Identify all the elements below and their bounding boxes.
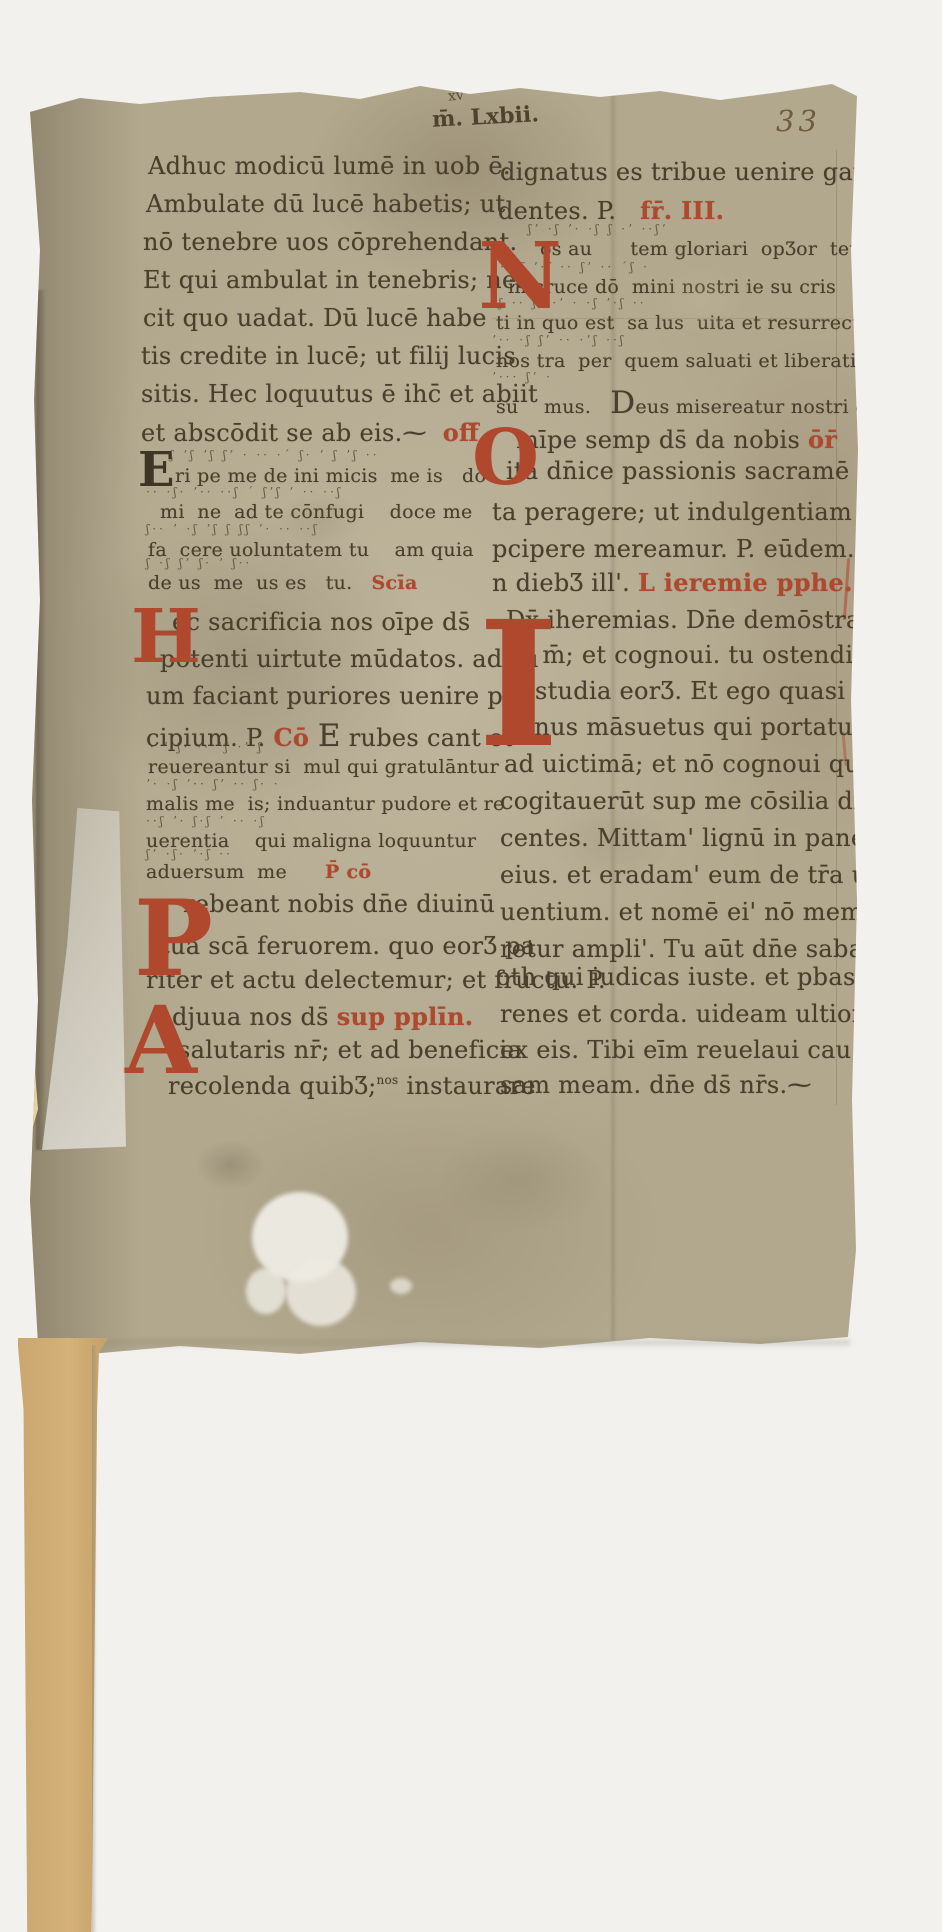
previous-leaf-edge-fragment: dic <box>2 782 28 802</box>
body-text: D <box>610 385 635 421</box>
body-text: Dx̄ iheremias. Dn̄e demōstra <box>506 606 861 634</box>
body-text: ita dn̄ice passionis sacramē <box>506 457 849 485</box>
neume-row: ··ʃ ʼ· ʃ·ʃ ʼ ·· ·ʃ <box>146 814 266 828</box>
manuscript-text-line: tis credite in lucē; ut filij lucis <box>141 342 516 370</box>
previous-leaf-edge-fragment: m <box>2 500 18 520</box>
manuscript-text-line: mi ne ad te cōnfugi doce me <box>160 501 473 523</box>
previous-leaf-edge-fragment: nc <box>2 1082 22 1102</box>
body-text: nō tenebre uos cōprehendant. <box>143 228 517 256</box>
body-text: Et qui ambulat in tenebris; nes <box>143 266 529 294</box>
manuscript-text-line: um faciant puriores uenire prī <box>146 682 523 710</box>
manuscript-text-line: ad uictimā; et nō cognoui quia <box>504 750 883 778</box>
body-text: oth qui iudicas iuste. et pbas <box>496 963 856 991</box>
body-text: malis me is; induantur pudore et re <box>146 793 505 815</box>
manuscript-text-line: su mus. Deus misereatur nostri et b̄ <box>496 385 894 421</box>
body-text: pcipere mereamur. P. eūdem. <box>492 535 855 563</box>
body-text: centes. Mittam' lignū in pane <box>500 824 865 852</box>
manuscript-leaf: xv m̄. Lxbii. 33 Adhuc modicū lumē in uo… <box>0 0 942 1932</box>
mounting-paper-fragment <box>0 1062 38 1148</box>
previous-leaf-edge-fragment: u <box>2 440 13 460</box>
manuscript-text-line: cogitauerūt sup me cōsilia di <box>500 787 861 815</box>
body-text: sitis. Hec loquutus ē ihc̄ et abiit <box>141 380 538 408</box>
body-text: cogitauerūt sup me cōsilia di <box>500 787 861 815</box>
neume-row: ʃ·· ʼ ·ʃ ʼʃ ʃ ʃʃ ʼ· ·· ··ʃ <box>146 522 319 536</box>
body-text: dignatus es tribue uenire gau <box>500 158 869 186</box>
neume-row: ʼ· ·ʃ ʼ·· ʃʼ ·· ʃ· · <box>146 777 281 791</box>
manuscript-text-line: sitis. Hec loquutus ē ihc̄ et abiit <box>141 380 538 408</box>
body-text: tis credite in lucē; ut filij lucis <box>141 342 516 370</box>
manuscript-text-line: eius. et eradam' eum de tr̄a ui <box>500 861 875 889</box>
body-text: um faciant puriores uenire prī <box>146 682 523 710</box>
body-text: salutaris nr̄; et ad beneficia <box>178 1036 522 1064</box>
manuscript-text-line: nos tra per quem saluati et liberati <box>496 350 856 372</box>
previous-leaf-edge-fragment: Ʒ <box>2 526 12 546</box>
body-text: eus misereatur nostri et b̄ <box>635 396 893 418</box>
body-text: mīpe semp ds̄ da nobis <box>516 426 808 454</box>
manuscript-text-line: reuereantur si mul qui gratulāntur <box>148 756 499 778</box>
body-text: recolenda quibƷ; <box>168 1072 377 1100</box>
manuscript-text-line: ita dn̄ice passionis sacramē <box>506 457 849 485</box>
body-text: os au tem gloriari opƷor tet <box>540 238 857 260</box>
previous-leaf-edge-fragment: u- <box>2 702 19 722</box>
body-text: rebeant nobis dn̄e diuinū <box>183 890 495 918</box>
illuminated-initial: I <box>478 598 559 771</box>
manuscript-text-line: salutaris nr̄; et ad beneficia <box>178 1036 522 1064</box>
quire-inscription: m̄. Lxbii. <box>431 101 539 133</box>
body-text: Adhuc modicū lumē in uob ē. <box>148 152 511 180</box>
body-text: et abscōdit se ab eis.⁓ <box>141 419 443 447</box>
manuscript-text-line: ec sacrificia nos oīpe ds̄ <box>172 608 470 636</box>
neume-row: ʃ ·ʃ ʃʼ ʃ· ʼ ʃ·· <box>146 556 252 570</box>
folio-number: 33 <box>776 104 821 138</box>
damage-patch <box>390 1278 412 1294</box>
rubric-text: ōr̄ <box>808 425 837 454</box>
illuminated-initial: O <box>472 420 539 497</box>
previous-leaf-edge-fragment: u <box>2 340 13 360</box>
body-text: mi ne ad te cōnfugi doce me <box>160 501 473 523</box>
body-text: uentium. et nomē ei' nō memo <box>500 898 878 926</box>
body-text: ta peragere; ut indulgentiam <box>492 498 852 526</box>
neume-row: ʼ··· ʃʼ · <box>492 370 553 384</box>
body-text: cit quo uadat. Dū lucē habe <box>143 304 487 332</box>
manuscript-text-line: nō tenebre uos cōprehendant. <box>143 228 517 256</box>
body-text: ec sacrificia nos oīpe ds̄ <box>172 608 470 636</box>
repair-tape <box>42 808 126 1150</box>
quire-inscription-small: xv <box>447 87 464 105</box>
neume-row: ·· ·ʃ· ʼ·· ··ʃ ´ ʃʼʃ ʼ ·· ··ʃ <box>146 485 343 499</box>
neume-row: ʼ·· ·ʃ ʃʼ ·· ·ʼʃ ··ʃ <box>492 333 626 347</box>
manuscript-text-line: centes. Mittam' lignū in pane <box>500 824 865 852</box>
manuscript-text-line: os au tem gloriari opƷor tet <box>540 238 857 260</box>
body-text: E <box>318 718 341 754</box>
manuscript-text-line: sam meam. dn̄e ds̄ nr̄s.⁓ <box>500 1071 812 1099</box>
leaf-shadow <box>40 1340 850 1348</box>
neume-row: ʃ ʼʃ ʼʃ ʃʼ · ·· ·´ ʃ· ʼ ʃ ʼʃ ·· <box>170 448 380 462</box>
manuscript-text-line: et abscōdit se ab eis.⁓ oﬀ̄ <box>141 418 479 447</box>
previous-leaf-edge-fragment: lo: <box>2 404 23 424</box>
body-text: eius. et eradam' eum de tr̄a ui <box>500 861 875 889</box>
previous-leaf-edge-fragment: a <box>2 372 12 392</box>
manuscript-text-line: Dx̄ iheremias. Dn̄e demōstra <box>506 606 861 634</box>
rubric-text: Scīa <box>372 572 418 594</box>
manuscript-text-line: tua scā feruorem. quo eorƷ pa <box>160 932 535 960</box>
manuscript-text-line: dentes. P. fr̄. III. <box>498 196 724 225</box>
body-text: retur ampli'. Tu aūt dn̄e saba <box>500 935 863 963</box>
rubric-text: P̄ cō <box>325 861 371 883</box>
manuscript-text-line: ex eis. Tibi eīm reuelaui cau <box>500 1036 851 1064</box>
illuminated-initial: N <box>478 230 562 322</box>
binding-fold-shadow <box>36 290 46 1150</box>
body-text: reuereantur si mul qui gratulāntur <box>148 756 499 778</box>
neume-row: ʃʼ ·ʃ· ʼ·ʃ ·· <box>146 847 233 861</box>
body-text: nos <box>377 1073 399 1087</box>
body-text: sti m̄; et cognoui. tu ostendisti <box>504 641 884 669</box>
body-text: ex eis. Tibi eīm reuelaui cau <box>500 1036 851 1064</box>
illuminated-initial: H <box>131 600 201 674</box>
photo-background: xv m̄. Lxbii. 33 Adhuc modicū lumē in uo… <box>0 0 942 1932</box>
rubric-text: L ieremie pphe. <box>638 568 853 597</box>
previous-leaf-edge-fragment: c <box>2 732 12 752</box>
manuscript-text-line: ri pe me de ini micis me is dō <box>175 465 486 487</box>
manuscript-text-line: de us me us es tu. Scīa <box>148 572 418 594</box>
previous-leaf-edge-fragment: m̄ <box>2 846 18 866</box>
body-text: ri pe me de ini micis me is dō <box>175 465 486 487</box>
body-text: ad uictimā; et nō cognoui quia <box>504 750 883 778</box>
illuminated-initial: A <box>124 994 197 1088</box>
manuscript-text-line: rebeant nobis dn̄e diuinū <box>183 890 495 918</box>
manuscript-text-line: sti m̄; et cognoui. tu ostendisti <box>504 641 884 669</box>
manuscript-text-line: malis me is; induantur pudore et re <box>146 793 505 815</box>
manuscript-text-line: recolenda quibƷ;nos instaurare <box>168 1072 536 1100</box>
body-text: de us me us es tu. <box>148 572 372 594</box>
previous-leaf-edge-fragment: mo <box>2 757 28 777</box>
manuscript-text-line: dignatus es tribue uenire gau <box>500 158 869 186</box>
manuscript-text-line: pcipere mereamur. P. eūdem. <box>492 535 855 563</box>
neume-row: · ʼ ʃ· ·· ʼʃ ·ʼ ʃ <box>150 740 264 754</box>
manuscript-text-line: renes et corda. uideam ultionē <box>500 1000 882 1028</box>
manuscript-text-line: Adhuc modicū lumē in uob ē. <box>148 152 511 180</box>
body-text: sam meam. dn̄e ds̄ nr̄s.⁓ <box>500 1071 812 1099</box>
body-text: Ambulate dū lucē habetis; ut <box>146 190 505 218</box>
manuscript-text-line: Et qui ambulat in tenebris; nes <box>143 266 529 294</box>
manuscript-text-line: uentium. et nomē ei' nō memo <box>500 898 878 926</box>
damage-patch <box>246 1268 286 1314</box>
body-text: tua scā feruorem. quo eorƷ pa <box>160 932 535 960</box>
previous-leaf-edge-fragment: ē <box>2 552 12 572</box>
rubric-text: fr̄. III. <box>640 196 724 225</box>
previous-leaf-edge-fragment: a <box>2 612 12 632</box>
body-text: renes et corda. uideam ultionē <box>500 1000 882 1028</box>
previous-leaf-edge-fragment: gf <box>2 643 19 663</box>
illuminated-initial: E <box>138 446 175 494</box>
illuminated-initial: P <box>134 886 213 991</box>
previous-leaf-edge-fragment: c <box>2 582 12 602</box>
screenshot-root: { "page": { "folio_number": "33", "inscr… <box>0 0 942 1932</box>
previous-leaf-edge-fragment: t <box>2 672 9 692</box>
manuscript-text-line: djuua nos ds̄ sup pplīn. <box>172 1002 473 1031</box>
manuscript-text-line: Ambulate dū lucē habetis; ut <box>146 190 505 218</box>
manuscript-text-line: cit quo uadat. Dū lucē habe <box>143 304 487 332</box>
damage-patch <box>286 1258 356 1326</box>
manuscript-text-line: mīpe semp ds̄ da nobis ōr̄ <box>516 425 837 454</box>
manuscript-text-line: oth qui iudicas iuste. et pbas <box>496 963 856 991</box>
body-text: dentes. P. <box>498 197 640 225</box>
rubric-text: Cō <box>273 723 317 752</box>
guard-strip-shadow <box>92 1345 97 1932</box>
manuscript-text-line: retur ampli'. Tu aūt dn̄e saba <box>500 935 863 963</box>
previous-leaf-edge-fragment: e <box>2 812 12 832</box>
body-text: nos tra per quem saluati et liberati <box>496 350 856 372</box>
rubric-text: sup pplīn. <box>337 1002 474 1031</box>
manuscript-text-line: ta peragere; ut indulgentiam <box>492 498 852 526</box>
